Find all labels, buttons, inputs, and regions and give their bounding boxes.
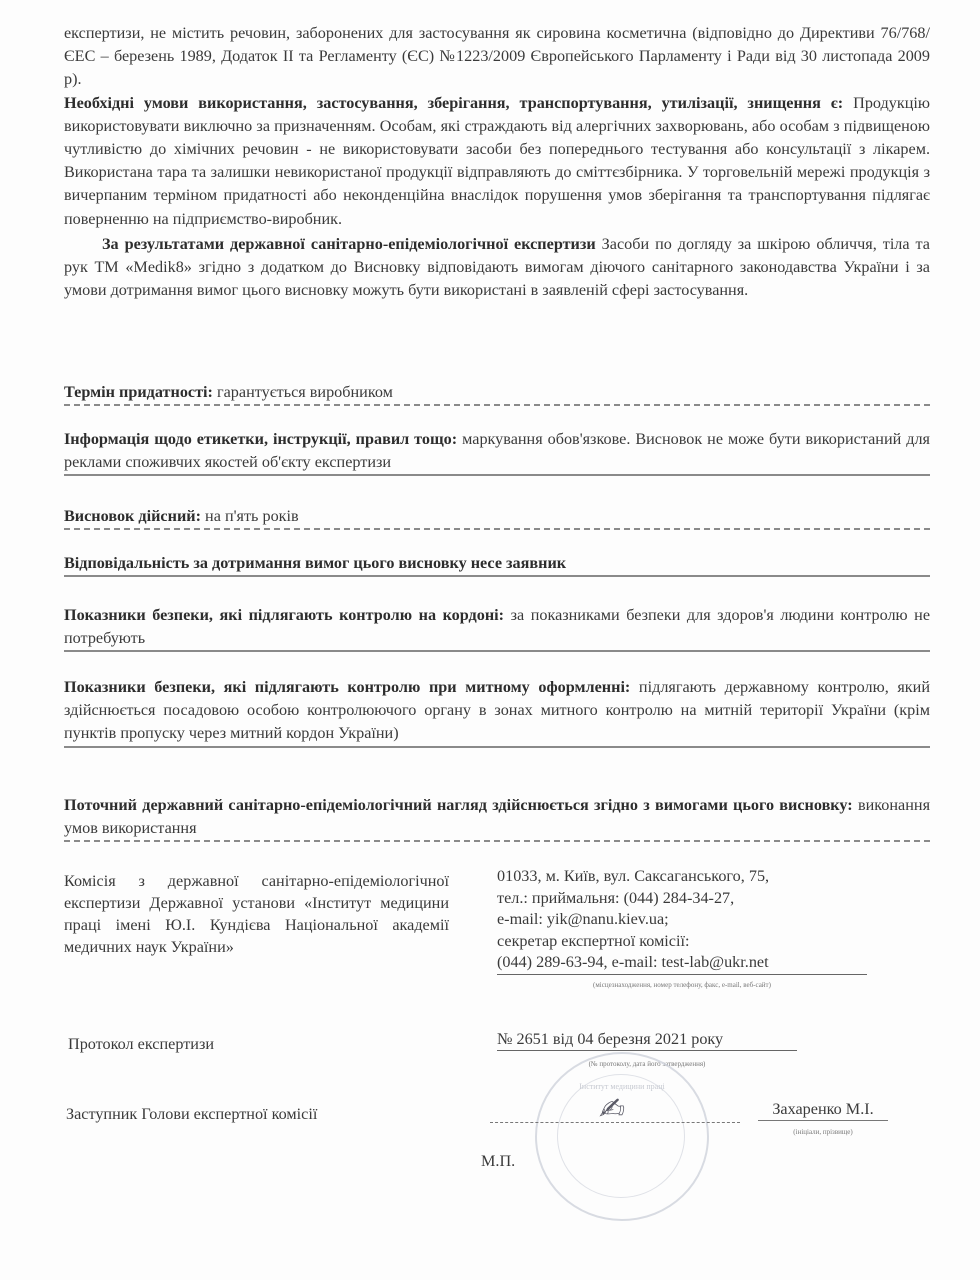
signatory-position: Заступник Голови експертної комісії <box>66 1103 317 1125</box>
field-responsibility: Відповідальність за дотримання вимог цьо… <box>64 552 930 577</box>
signatory-name: Захаренко М.І. <box>758 1098 888 1121</box>
commission-name: Комісія з державної санітарно-епідеміоло… <box>64 870 449 958</box>
stamp-text: Інститут медицини праці <box>537 1082 707 1091</box>
email-line: e-mail: yik@nanu.kiev.ua; <box>497 909 897 931</box>
field-validity: Висновок дійсний: на п'ять років <box>64 505 930 530</box>
signature-line <box>490 1122 740 1123</box>
field-value: гарантується виробником <box>217 383 393 401</box>
field-supervision: Поточний державний санітарно-епідеміолог… <box>64 794 930 842</box>
protocol-label: Протокол експертизи <box>68 1033 214 1055</box>
field-label: Інформація щодо етикетки, інструкції, пр… <box>64 430 457 448</box>
address-line: 01033, м. Київ, вул. Саксаганського, 75, <box>497 866 897 888</box>
intro-paragraph: експертизи, не містить речовин, забороне… <box>64 22 930 92</box>
field-label: Висновок дійсний: <box>64 507 201 525</box>
field-customs-control: Показники безпеки, які підлягають контро… <box>64 676 930 748</box>
commission-address: 01033, м. Київ, вул. Саксаганського, 75,… <box>497 866 897 996</box>
field-label: Поточний державний санітарно-епідеміолог… <box>64 796 853 814</box>
usage-conditions-text: Продукцію використовувати виключно за пр… <box>64 94 930 228</box>
official-stamp: Інститут медицини праці <box>535 1052 709 1221</box>
protocol-value: № 2651 від 04 березня 2021 року <box>497 1028 797 1051</box>
document-body: експертизи, не містить речовин, забороне… <box>64 22 930 302</box>
field-value: на п'ять років <box>205 507 299 525</box>
seal-mark: М.П. <box>481 1150 515 1172</box>
field-label: Відповідальність за дотримання вимог цьо… <box>64 554 566 572</box>
field-label: Термін придатності: <box>64 383 213 401</box>
secretary-contact-line: (044) 289-63-94, e-mail: test-lab@ukr.ne… <box>497 952 867 975</box>
usage-conditions: Необхідні умови використання, застосуван… <box>64 92 930 231</box>
field-border-control: Показники безпеки, які підлягають контро… <box>64 604 930 652</box>
phone-line: тел.: приймальня: (044) 284-34-27, <box>497 888 897 910</box>
signatory-name-caption: (ініціали, прізвище) <box>758 1121 888 1143</box>
usage-conditions-label: Необхідні умови використання, застосуван… <box>64 94 843 112</box>
field-shelf-life: Термін придатності: гарантується виробни… <box>64 381 930 406</box>
secretary-line: секретар експертної комісії: <box>497 931 897 953</box>
field-label: Показники безпеки, які підлягають контро… <box>64 678 630 696</box>
field-label: Показники безпеки, які підлягають контро… <box>64 606 504 624</box>
conclusion: За результатами державної санітарно-епід… <box>64 233 930 303</box>
field-label-info: Інформація щодо етикетки, інструкції, пр… <box>64 428 930 476</box>
conclusion-label: За результатами державної санітарно-епід… <box>102 235 596 253</box>
address-caption: (місцезнаходження, номер телефону, факс,… <box>497 975 867 997</box>
